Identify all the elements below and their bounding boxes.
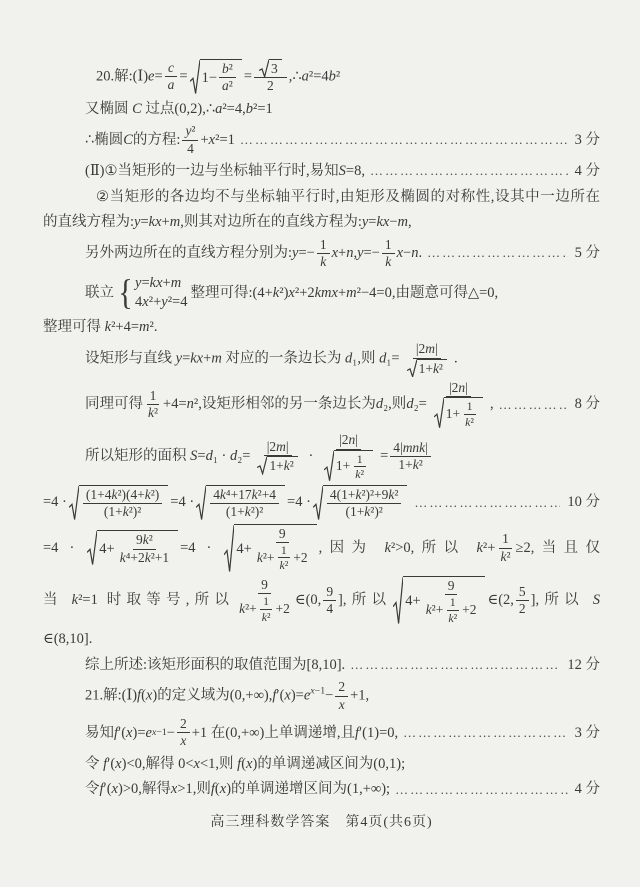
text-run: k	[320, 254, 326, 270]
radical-sign-icon	[407, 359, 417, 377]
text-run: ′(	[107, 756, 115, 772]
radical-sign-icon	[224, 524, 234, 573]
text-run: +4=	[163, 393, 187, 415]
solution-line-13: =4 · (1+4k²)(4+k²)(1+k²)²=4 · 4k⁴+17k²+4…	[43, 485, 600, 521]
text-run: 4|	[393, 440, 402, 456]
text-run: .	[454, 350, 458, 366]
text-run: a	[168, 77, 175, 93]
sqrt-radical: 1+k²	[407, 359, 447, 377]
text-run: 8 分	[575, 393, 600, 415]
text-run: =−	[298, 242, 314, 264]
text-run: ²	[191, 123, 195, 139]
text-run: a	[222, 78, 229, 94]
solution-line-17: 综上所述:该矩形面积的取值范围为[8,10].………………………………………………	[43, 654, 600, 676]
dot-leader: …………………………………………………………………………………………………………	[499, 395, 568, 415]
text-run: =	[154, 68, 162, 84]
solution-line-4: (Ⅱ)①当矩形的一边与坐标轴平行时,易知 S=8,…………………………………………	[43, 160, 600, 182]
fraction: |2m|1+k²	[402, 341, 452, 377]
text-run: 5 分	[575, 242, 600, 264]
text-run: 1	[385, 237, 392, 253]
text-run: ₂=	[237, 448, 250, 464]
text-run: 3 分	[575, 722, 600, 744]
text-run: −	[325, 687, 333, 703]
text-run: 1+	[269, 458, 283, 474]
solution-line-2: 又椭圆 C 过点(0,2),∴a²=4,b²=1	[43, 98, 600, 120]
text-run: m	[170, 214, 180, 230]
fraction: y²4	[182, 123, 198, 157]
dot-leader: …………………………………………………………………………………………………………	[395, 780, 568, 800]
text-run: +2	[276, 601, 290, 617]
text-run: b	[329, 68, 336, 84]
text-run: 4+	[405, 590, 420, 612]
text-run: ²	[470, 415, 474, 429]
text-run: ],所以	[338, 592, 391, 608]
text-run: (1+	[104, 504, 123, 520]
text-run: 设矩形与直线	[85, 350, 176, 366]
text-run: =	[380, 448, 388, 464]
text-run: 1+	[398, 457, 412, 473]
text-run: 令	[85, 756, 103, 772]
text-run: k	[385, 254, 391, 270]
text-run: ²	[154, 405, 158, 421]
text-run: ²+	[432, 602, 444, 618]
fraction: 1k	[317, 237, 330, 271]
text-run: x	[180, 733, 186, 749]
solution-line-16: ∈(8,10].	[43, 628, 600, 650]
radical-sign-icon	[259, 59, 269, 77]
text-run: =4 ·	[43, 491, 67, 513]
text-run: 1+	[419, 361, 433, 377]
text-run: c	[168, 60, 174, 76]
text-run: 的方程:	[133, 129, 181, 151]
radical-sign-icon	[393, 576, 403, 625]
fraction: |2n|1+1k²	[319, 432, 378, 481]
text-run: 令	[85, 778, 100, 800]
text-run: 当	[43, 592, 72, 608]
equation-system: {y=kx+m4x²+y²=4	[117, 274, 187, 313]
text-run: 20.解:(Ⅰ)	[96, 68, 148, 84]
document-lines: 20.解:(Ⅰ)e=ca=1−b²a²=32,∴a²=4b²又椭圆 C 过点(0…	[43, 59, 600, 801]
left-brace: {	[118, 276, 132, 310]
text-run: 9	[326, 584, 333, 600]
text-run: ²=1 时取等号,所以	[78, 592, 234, 608]
text-run: m	[346, 284, 356, 300]
text-run: 易知	[85, 722, 114, 744]
solution-line-6: 的直线方程为:y=kx+m,则其对边所在的直线方程为:y=kx−m,	[43, 211, 600, 233]
radical-sign-icon	[69, 485, 79, 521]
text-run: ²=1	[253, 101, 273, 117]
text-run: ²=4,	[222, 101, 245, 117]
fraction: 4|mnk|1+k²	[390, 440, 431, 474]
text-run: 过点(0,2),∴	[142, 101, 215, 117]
solution-line-5: ②当矩形的各边均不与坐标轴平行时,由矩形及椭圆的对称性,设其中一边所在	[43, 186, 600, 208]
text-run: ²	[419, 457, 423, 473]
text-run: ²=4	[309, 68, 329, 84]
text-run: ⁴+17	[226, 487, 252, 503]
text-run: )=	[291, 687, 304, 703]
text-run: ²	[454, 611, 458, 625]
sqrt-radical: 1+1k²	[434, 397, 483, 429]
text-run: 1	[467, 399, 473, 413]
text-run: 1	[502, 531, 509, 547]
text-run: kx	[190, 350, 203, 366]
text-run: =4 ·	[170, 491, 194, 513]
text-run: +1 在(0,+∞)上单调递增,且	[192, 722, 355, 744]
text-run: )<0,解得 0<	[122, 756, 194, 772]
text-run: 9	[136, 532, 143, 548]
text-run: ²+	[149, 293, 162, 313]
fraction: 1k²	[145, 388, 161, 422]
text-run: 9	[279, 526, 286, 542]
fraction: 4k⁴+17k²+4(1+k²)²	[210, 487, 279, 521]
text-run: |2	[449, 380, 458, 396]
text-run: d	[206, 448, 213, 464]
text-run: ′(	[104, 778, 112, 800]
sqrt-radical: 4+9k²+1k²+2	[224, 524, 316, 573]
text-run: |	[286, 439, 289, 455]
text-run: =4 ·	[43, 540, 85, 556]
text-run: ²)²+9	[361, 487, 388, 503]
text-run: ·	[305, 448, 317, 464]
solution-line-3: ∴椭圆 C 的方程:y²4+x²=1……………………………………………………………	[43, 123, 600, 157]
text-run: ′(1)=0,	[359, 722, 398, 744]
fraction: 1k²	[259, 594, 274, 624]
text-run: ②当矩形的各边均不与坐标轴平行时,由矩形及椭圆的对称性,设其中一边所在	[96, 189, 600, 205]
text-run: 12 分	[567, 654, 600, 676]
text-run: ²+1	[151, 550, 169, 566]
text-run: 对应的一条边长为	[222, 350, 345, 366]
text-run: +1,	[350, 687, 369, 703]
text-run: 4(1+	[330, 487, 356, 503]
text-run: 2	[519, 601, 526, 617]
text-run: 1+	[336, 458, 350, 474]
dot-leader: …………………………………………………………………………………………………………	[414, 493, 560, 513]
text-run: m	[139, 319, 149, 335]
text-run: 的直线方程为:	[43, 214, 134, 230]
text-run: 1	[357, 452, 363, 466]
text-run: 又椭圆	[85, 101, 132, 117]
text-run: =4 ·	[180, 540, 222, 556]
text-run: 1	[150, 388, 157, 404]
radical-sign-icon	[87, 530, 97, 566]
text-run: −1	[315, 686, 325, 697]
text-run: ∈(2,	[487, 592, 513, 608]
sqrt-radical: 4+9k²k⁴+2k²+1	[87, 530, 178, 566]
sqrt-radical: 4k⁴+17k²+4(1+k²)²	[196, 485, 285, 521]
text-run: ²	[290, 458, 294, 474]
solution-line-12: 所以矩形的面积 S=d₁ · d₂=|2m|1+k² · |2n|1+1k²=4…	[43, 432, 600, 481]
text-run: S	[339, 160, 346, 182]
text-run: 所以矩形的面积	[85, 448, 190, 464]
dot-leader: …………………………………………………………………………………………………………	[427, 243, 568, 263]
text-run: |	[465, 380, 468, 396]
text-run: (Ⅱ)①当矩形的一边与坐标轴平行时,易知	[85, 160, 339, 182]
text-run: n	[346, 242, 353, 264]
text-run: n	[187, 393, 194, 415]
text-run: 1−	[202, 67, 217, 89]
text-run: 整理可得:(4+	[190, 284, 272, 300]
text-run: 1	[320, 237, 327, 253]
fraction: ca	[165, 60, 178, 94]
fraction: b²a²	[219, 61, 236, 95]
text-run: |2	[339, 432, 348, 448]
text-run: ²	[149, 532, 153, 548]
text-run: |2	[267, 439, 276, 455]
text-run: ²	[336, 68, 340, 84]
text-run: ≥2,当且仅	[515, 540, 600, 556]
text-run: ₂,则	[383, 393, 406, 415]
text-run: )=	[132, 722, 145, 744]
text-run: 4	[213, 487, 220, 503]
text-run: ²)	[151, 487, 160, 503]
text-run: 4 分	[575, 778, 600, 800]
text-run: ²+2	[295, 284, 315, 300]
text-run: 另外两边所在的直线方程分别为:	[85, 242, 292, 264]
sqrt-radical: 1+k²	[257, 456, 297, 474]
text-run: ²)(4+	[117, 487, 144, 503]
fraction: 94	[323, 584, 336, 618]
text-run: ²+4	[258, 487, 276, 503]
fraction: 52	[516, 584, 529, 618]
text-run: b	[246, 101, 253, 117]
text-run: ²=4	[168, 293, 188, 313]
text-run: d	[406, 393, 413, 415]
text-run: S	[593, 592, 600, 608]
text-run: kx	[150, 274, 163, 294]
solution-line-21: 令 f′(x)>0,解得 x>1,则 f(x)的单调递增区间为(1,+∞);………	[43, 778, 600, 800]
text-run: ²−4=0,由题意可得△=0,	[357, 284, 499, 300]
text-run: 同理可得	[85, 393, 143, 415]
text-run: =4 ·	[287, 491, 311, 513]
fraction: |2m|1+k²	[252, 439, 302, 475]
dot-leader: …………………………………………………………………………………………………………	[350, 655, 560, 675]
text-run: .	[418, 242, 422, 264]
solution-line-15: 当 k²=1 时取等号,所以9k²+1k²+2∈(0,94],所以4+9k²+1…	[43, 576, 600, 625]
text-run: x	[339, 697, 345, 713]
text-run: ²)²	[251, 504, 264, 520]
text-run: ²)²	[129, 504, 142, 520]
text-run: C	[123, 129, 133, 151]
text-run: 1	[450, 595, 456, 609]
fraction: 1k²	[352, 452, 367, 482]
text-run: ∈(8,10].	[43, 631, 92, 647]
text-run: =	[197, 448, 205, 464]
text-run: 4	[326, 601, 333, 617]
text-run: 9	[261, 577, 268, 593]
text-run: ²=1	[215, 129, 235, 151]
text-run: |2	[416, 341, 425, 357]
fraction: 9k²+1k²+2	[236, 577, 293, 624]
solution-line-18: 21.解:(Ⅰ)f(x)的定义域为(0,+∞),f′(x)=ex−1−2x+1,	[43, 679, 600, 713]
solution-line-10: 设矩形与直线 y=kx+m 对应的一条边长为 d₁,则 d₁=|2m|1+k².	[43, 341, 600, 377]
text-run: b	[222, 61, 229, 77]
text-run: 9	[448, 578, 455, 594]
solution-line-1: 20.解:(Ⅰ)e=ca=1−b²a²=32,∴a²=4b²	[43, 59, 600, 95]
text-run: ,	[490, 393, 494, 415]
radical-sign-icon	[190, 59, 200, 95]
text-run: +	[338, 242, 346, 264]
text-run: =	[179, 68, 187, 84]
text-run: 3	[271, 61, 278, 77]
solution-line-19: 易知 f′(x)=ex−1−2x+1 在(0,+∞)上单调递增,且 f′(1)=…	[43, 716, 600, 750]
text-run: ²	[361, 467, 365, 481]
sqrt-radical: 1+1k²	[324, 450, 373, 482]
text-run: >1,则	[177, 778, 211, 800]
text-run: ∴椭圆	[85, 129, 123, 151]
radical-sign-icon	[324, 450, 334, 482]
fraction: 1k²	[497, 531, 513, 565]
text-run: −	[167, 722, 175, 744]
fraction: 32	[254, 59, 287, 95]
text-run: m	[171, 274, 181, 294]
text-run: 1	[281, 543, 287, 557]
text-run: ′(	[118, 722, 126, 744]
text-run: +2	[462, 602, 476, 618]
radical-sign-icon	[196, 485, 206, 521]
text-run: kx	[376, 214, 389, 230]
text-run: ²+	[245, 601, 257, 617]
fraction: 2x	[335, 679, 348, 713]
superscript: x−1	[310, 686, 325, 697]
text-run: ²	[506, 549, 510, 565]
text-run: =	[141, 274, 149, 294]
fraction: 4(1+k²)²+9k²(1+k²)²	[327, 487, 401, 521]
solution-line-11: 同理可得1k²+4=n²,设矩形相邻的另一条边长为 d₂,则 d₂=|2n|1+…	[43, 380, 600, 429]
fraction: (1+4k²)(4+k²)(1+k²)²	[83, 487, 162, 521]
text-run: kx	[149, 214, 162, 230]
solution-line-9: 整理可得 k²+4=m².	[43, 316, 600, 338]
text-run: ²,设矩形相邻的另一条边长为	[194, 393, 376, 415]
text-run: n	[458, 380, 465, 396]
fraction: 9k²k⁴+2k²+1	[117, 532, 172, 566]
text-run: 2	[267, 78, 274, 94]
text-run: +	[200, 129, 208, 151]
text-run: 1	[263, 594, 269, 608]
text-run: 21.解:(Ⅰ)	[85, 687, 137, 703]
fraction: |2n|1+1k²	[429, 380, 488, 429]
text-run: ₁,则	[352, 350, 379, 366]
text-run: 5	[519, 584, 526, 600]
radical-sign-icon	[257, 456, 267, 474]
text-run: (1+4	[86, 487, 112, 503]
text-run: ²+	[483, 540, 496, 556]
text-run: ²	[394, 487, 398, 503]
text-run: 4 分	[575, 160, 600, 182]
text-run: 10 分	[567, 491, 600, 513]
solution-line-20: 令 f′(x)<0,解得 0<x<1,则 f(x)的单调递减区间为(0,1);	[43, 753, 600, 775]
dot-leader: …………………………………………………………………………………………………………	[370, 161, 568, 181]
text-run: 4+	[99, 538, 114, 560]
page-footer: 高三理科数学答案 第4页(共6页)	[43, 811, 600, 831]
fraction: 2x	[177, 716, 190, 750]
text-run: ₁=	[386, 350, 399, 366]
text-run: ²)²	[370, 504, 383, 520]
text-run: ²	[229, 61, 233, 77]
solution-line-14: =4 · 4+9k²k⁴+2k²+1=4 · 4+9k²+1k²+2,因为 k²…	[43, 524, 600, 573]
text-run: +	[338, 284, 346, 300]
text-run: 4+	[236, 538, 251, 560]
text-run: ,	[408, 214, 412, 230]
sqrt-radical: 3	[259, 59, 282, 77]
text-run: 3 分	[575, 129, 600, 151]
text-run: ₁ ·	[213, 448, 230, 464]
text-run: ²+4=	[111, 319, 139, 335]
text-run: ²	[439, 361, 443, 377]
text-run: ,则其对边所在的直线方程为:	[180, 214, 362, 230]
text-run: ₂=	[414, 393, 427, 415]
solution-line-7: 另外两边所在的直线方程分别为:y=−1kx+n,y=−1kx−n.……………………	[43, 237, 600, 271]
text-run: 综上所述:该矩形面积的取值范围为[8,10].	[85, 654, 345, 676]
text-run: +	[163, 274, 171, 294]
scanned-answer-page: 20.解:(Ⅰ)e=ca=1−b²a²=32,∴a²=4b²又椭圆 C 过点(0…	[0, 0, 640, 831]
fraction: 1k	[382, 237, 395, 271]
fraction: 1k²	[462, 399, 477, 429]
text-run: 1+	[446, 406, 460, 422]
text-run: +	[162, 214, 170, 230]
text-run: m	[398, 214, 408, 230]
text-run: )>0,解得	[118, 778, 171, 800]
text-run: <1,则	[200, 756, 237, 772]
text-run: =	[244, 68, 252, 84]
fraction: 9k²+1k²+2	[423, 578, 480, 625]
text-run: |	[435, 341, 438, 357]
text-run: )的定义域为(0,+∞),	[152, 687, 272, 703]
text-run: +2	[293, 550, 307, 566]
text-run: (1+	[226, 504, 245, 520]
text-run: ²	[285, 558, 289, 572]
dot-leader: …………………………………………………………………………………………………………	[403, 723, 568, 743]
text-run: ∈(0,	[295, 592, 321, 608]
text-run: ,因为	[319, 540, 385, 556]
text-run: 联立	[85, 284, 114, 300]
text-run: 2	[180, 716, 187, 732]
radical-sign-icon	[434, 397, 444, 429]
text-run: mnk	[403, 440, 425, 456]
text-run: ²	[267, 610, 271, 624]
fraction: 1k²	[276, 543, 291, 573]
solution-line-8: 联立{y=kx+m4x²+y²=4整理可得:(4+k²)x²+2kmx+m²−4…	[43, 274, 600, 313]
text-run: ],所以	[531, 592, 593, 608]
sqrt-radical: 4(1+k²)²+9k²(1+k²)²	[313, 485, 407, 521]
text-run: ²+	[263, 550, 275, 566]
sqrt-radical: (1+4k²)(4+k²)(1+k²)²	[69, 485, 168, 521]
dot-leader: …………………………………………………………………………………………………………	[240, 130, 568, 150]
fraction: 1k²	[445, 595, 460, 625]
text-run: 整理可得	[43, 319, 105, 335]
radical-sign-icon	[313, 485, 323, 521]
text-run: |	[355, 432, 358, 448]
text-run: (1+	[345, 504, 364, 520]
text-run: m	[425, 341, 435, 357]
text-run: m	[211, 350, 221, 366]
text-run: a	[302, 68, 309, 84]
text-run: d	[376, 393, 383, 415]
text-run: −	[403, 242, 411, 264]
text-run: )的单调递减区间为(0,1);	[252, 756, 405, 772]
text-run: n	[411, 242, 418, 264]
fraction: 9k²+1k²+2	[254, 526, 311, 573]
text-run: C	[132, 101, 142, 117]
text-run: −1	[156, 727, 166, 738]
sqrt-radical: 4+9k²+1k²+2	[393, 576, 485, 625]
text-run: −	[389, 214, 397, 230]
text-run: 2	[338, 679, 345, 695]
text-run: ².	[150, 319, 158, 335]
text-run: =	[140, 214, 148, 230]
text-run: ⁴+2	[126, 550, 145, 566]
text-run: m	[276, 439, 286, 455]
text-run: n	[348, 432, 355, 448]
